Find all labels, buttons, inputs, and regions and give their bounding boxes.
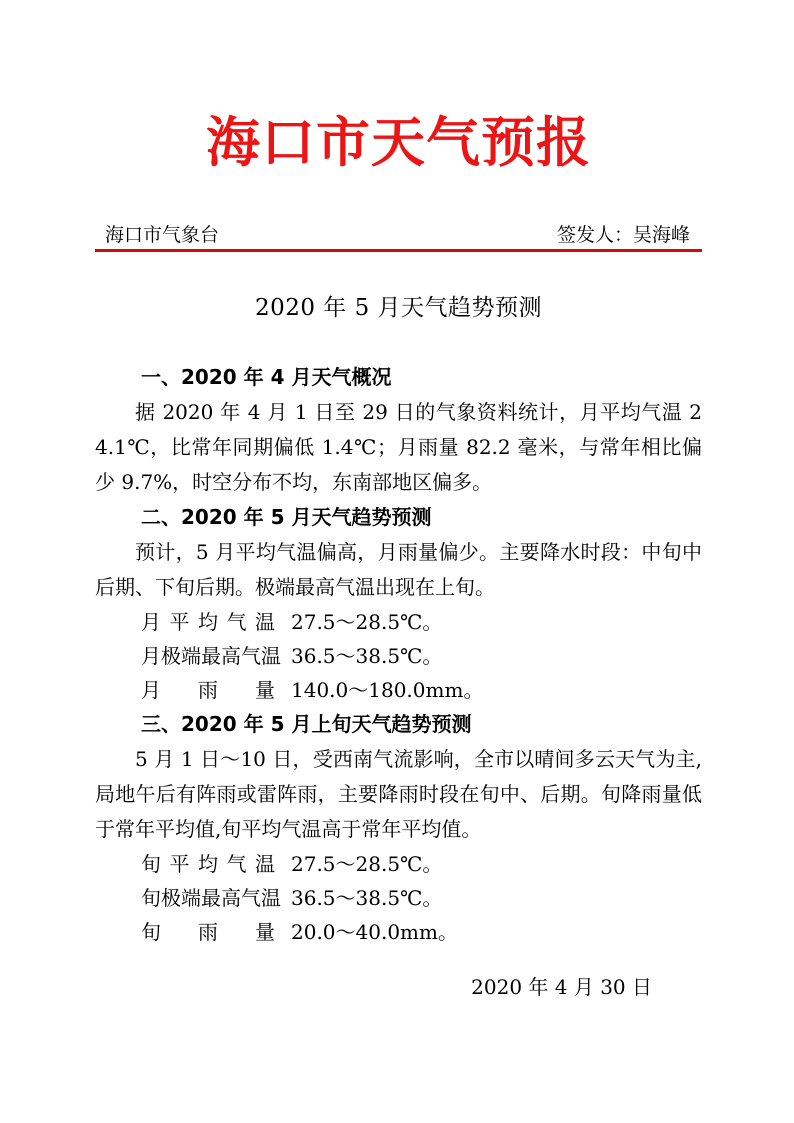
stat-value: 27.5～28.5℃。 bbox=[291, 610, 442, 634]
document-page: 海口市天气预报 海口市气象台 签发人：吴海峰 2020 年 5 月天气趋势预测 … bbox=[0, 0, 794, 1123]
section-2-stats: 月平均气温27.5～28.5℃。 月极端最高气温36.5～38.5℃。 月雨量1… bbox=[95, 605, 702, 707]
section-3-stats: 旬平均气温27.5～28.5℃。 旬极端最高气温36.5～38.5℃。 旬雨量2… bbox=[95, 847, 702, 949]
issuer-row: 海口市气象台 签发人：吴海峰 bbox=[95, 222, 702, 248]
signer-name: 签发人：吴海峰 bbox=[557, 222, 690, 248]
stat-label: 旬极端最高气温 bbox=[141, 881, 275, 915]
stat-row: 旬平均气温27.5～28.5℃。 bbox=[95, 847, 702, 881]
banner-title: 海口市天气预报 bbox=[95, 108, 702, 178]
issue-date: 2020 年 4 月 30 日 bbox=[95, 973, 702, 1001]
stat-label: 月极端最高气温 bbox=[141, 639, 275, 673]
stat-row: 旬雨量20.0～40.0mm。 bbox=[95, 915, 702, 949]
stat-row: 月极端最高气温36.5～38.5℃。 bbox=[95, 639, 702, 673]
stat-label: 旬平均气温 bbox=[141, 847, 275, 881]
stat-value: 27.5～28.5℃。 bbox=[291, 852, 442, 876]
stat-row: 月雨量140.0～180.0mm。 bbox=[95, 673, 702, 707]
section-3-paragraph: 5 月 1 日～10 日，受西南气流影响，全市以晴间多云天气为主,局地午后有阵雨… bbox=[95, 742, 702, 847]
stat-value: 36.5～38.5℃。 bbox=[291, 886, 442, 910]
stat-value: 36.5～38.5℃。 bbox=[291, 644, 442, 668]
section-1-heading: 一、2020 年 4 月天气概况 bbox=[95, 360, 702, 395]
stat-label: 旬雨量 bbox=[141, 915, 275, 949]
stat-label: 月雨量 bbox=[141, 673, 275, 707]
stat-value: 140.0～180.0mm。 bbox=[291, 678, 483, 702]
issuer-name: 海口市气象台 bbox=[105, 222, 219, 248]
document-subject: 2020 年 5 月天气趋势预测 bbox=[95, 292, 702, 324]
stat-value: 20.0～40.0mm。 bbox=[291, 920, 458, 944]
section-3-heading: 三、2020 年 5 月上旬天气趋势预测 bbox=[95, 707, 702, 742]
stat-row: 月平均气温27.5～28.5℃。 bbox=[95, 605, 702, 639]
section-2-heading: 二、2020 年 5 月天气趋势预测 bbox=[95, 500, 702, 535]
header-rule bbox=[95, 249, 702, 252]
section-2-paragraph: 预计，5 月平均气温偏高，月雨量偏少。主要降水时段：中旬中后期、下旬后期。极端最… bbox=[95, 535, 702, 605]
section-1-paragraph: 据 2020 年 4 月 1 日至 29 日的气象资料统计，月平均气温 24.1… bbox=[95, 395, 702, 500]
stat-label: 月平均气温 bbox=[141, 605, 275, 639]
stat-row: 旬极端最高气温36.5～38.5℃。 bbox=[95, 881, 702, 915]
